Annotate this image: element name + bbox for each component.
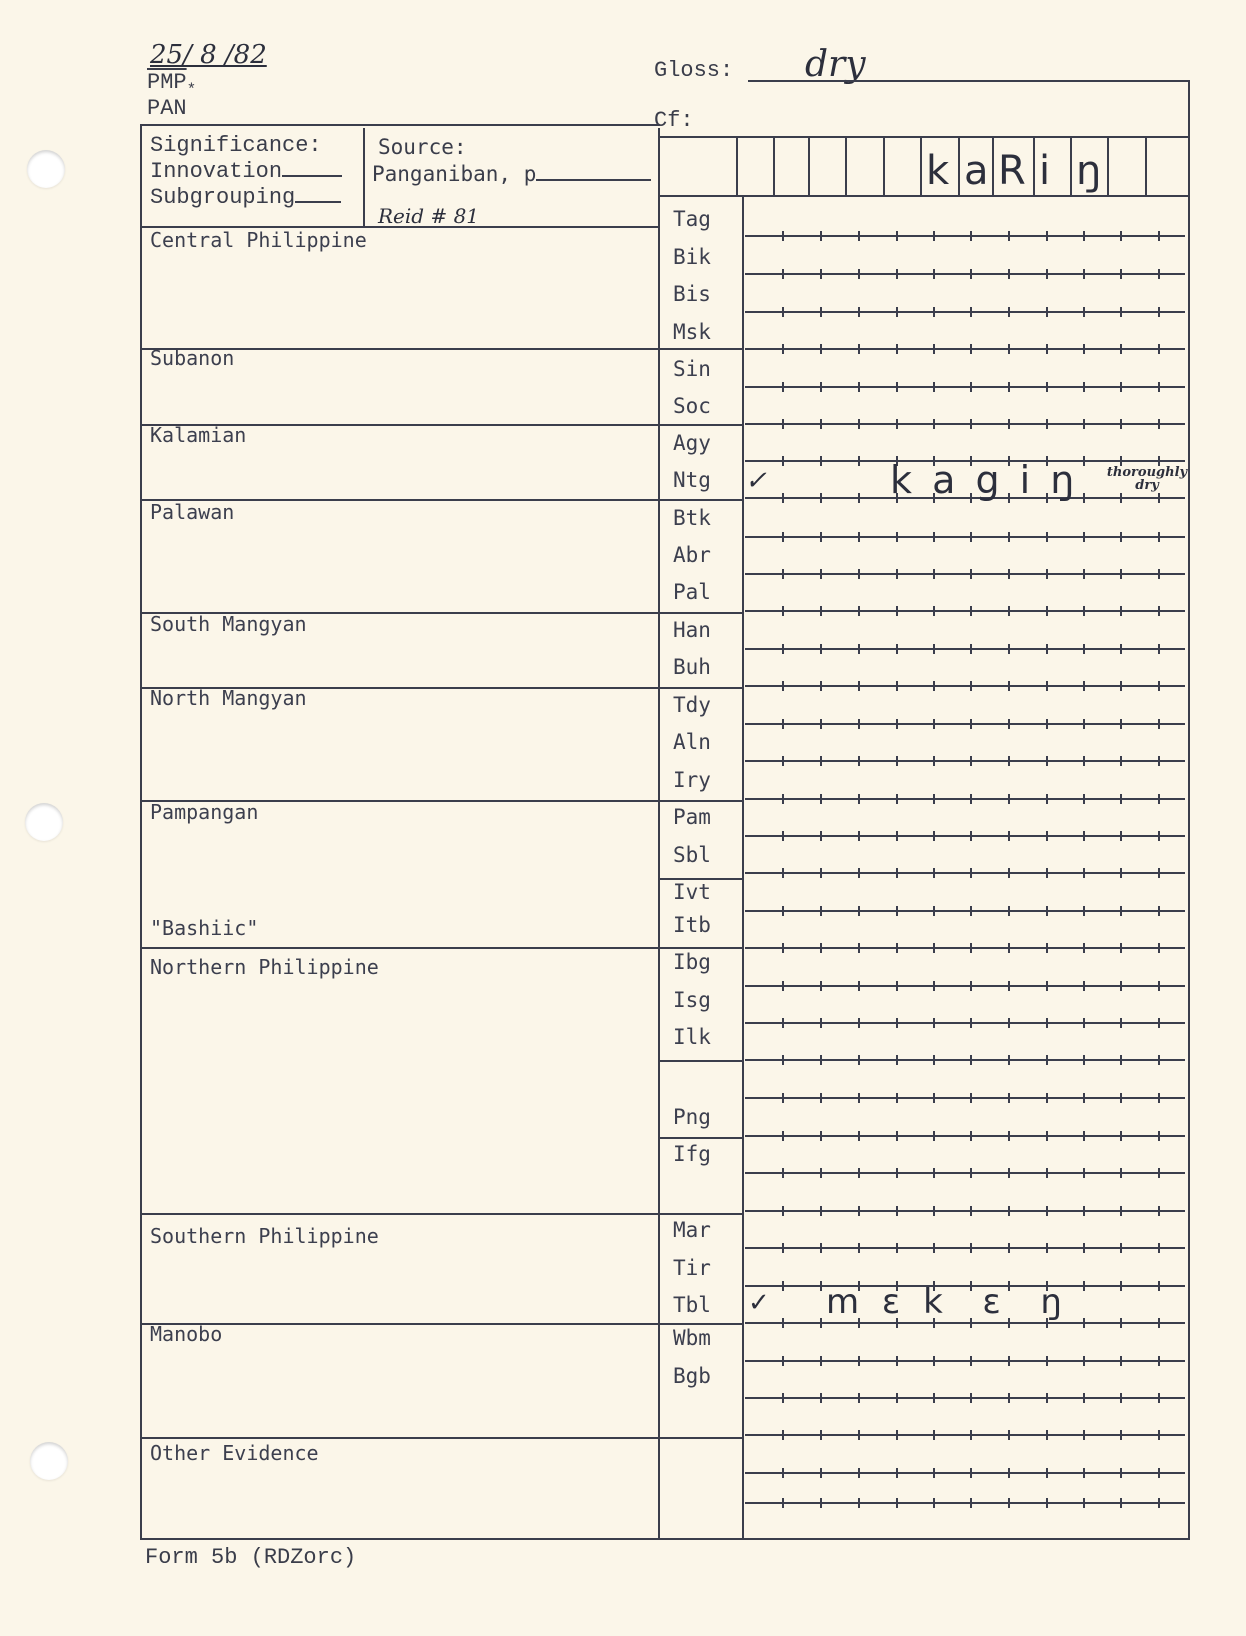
entry-line[interactable]	[745, 1022, 1185, 1024]
tick-mark	[896, 644, 898, 654]
tick-mark	[1008, 1206, 1010, 1216]
entry-line[interactable]	[745, 536, 1185, 538]
tick-mark	[970, 906, 972, 916]
ntg-form[interactable]: k a g i ŋ	[890, 458, 1078, 502]
tick-mark	[782, 1018, 784, 1028]
entry-line[interactable]	[745, 1502, 1185, 1504]
tick-mark	[1120, 1281, 1122, 1291]
tick-mark	[1158, 794, 1160, 804]
tick-mark	[782, 419, 784, 429]
tick-mark	[782, 269, 784, 279]
tick-mark	[1158, 1243, 1160, 1253]
tick-mark	[1046, 1356, 1048, 1366]
tick-mark	[933, 681, 935, 691]
tick-mark	[1158, 981, 1160, 991]
tick-mark	[1158, 1430, 1160, 1440]
tick-mark	[933, 1055, 935, 1065]
tick-mark	[1046, 269, 1048, 279]
tick-mark	[1008, 382, 1010, 392]
tick-mark	[858, 868, 860, 878]
tick-mark	[896, 569, 898, 579]
tick-mark	[1046, 1393, 1048, 1403]
reconstruction-cell-divider	[1107, 136, 1109, 195]
tick-mark	[1083, 307, 1085, 317]
tick-mark	[1120, 794, 1122, 804]
tick-mark	[1046, 794, 1048, 804]
tick-mark	[820, 269, 822, 279]
tick-mark	[933, 419, 935, 429]
tick-mark	[1158, 644, 1160, 654]
reconstruction-cell-divider	[736, 136, 738, 195]
tick-mark	[858, 906, 860, 916]
tick-mark	[1158, 1318, 1160, 1328]
tick-mark	[896, 231, 898, 241]
tick-mark	[933, 307, 935, 317]
tick-mark	[858, 382, 860, 392]
tick-mark	[970, 1243, 972, 1253]
tick-mark	[1083, 1018, 1085, 1028]
tick-mark	[970, 1131, 972, 1141]
group-label: "Bashiic"	[150, 916, 258, 940]
tick-mark	[1008, 1468, 1010, 1478]
tick-mark	[933, 1093, 935, 1103]
tick-mark	[896, 1498, 898, 1508]
tick-mark	[1008, 1243, 1010, 1253]
tick-mark	[782, 868, 784, 878]
entry-line[interactable]	[745, 1247, 1185, 1249]
tick-mark	[858, 794, 860, 804]
reconstruction-letter[interactable]: k	[926, 148, 949, 194]
reconstruction-letter[interactable]: a	[964, 148, 989, 194]
tick-mark	[896, 532, 898, 542]
tick-mark	[970, 419, 972, 429]
tick-mark	[1120, 1318, 1122, 1328]
tick-mark	[820, 493, 822, 503]
tick-mark	[858, 1168, 860, 1178]
entry-line[interactable]	[745, 910, 1185, 912]
tick-mark	[858, 831, 860, 841]
language-code: Tbl	[673, 1293, 711, 1317]
tick-mark	[820, 1168, 822, 1178]
entry-line[interactable]	[745, 872, 1185, 874]
entry-line[interactable]	[745, 573, 1185, 575]
language-code: Sbl	[673, 843, 711, 867]
tick-mark	[1120, 906, 1122, 916]
tick-mark	[970, 1393, 972, 1403]
tick-mark	[858, 1430, 860, 1440]
tick-mark	[970, 794, 972, 804]
entry-line[interactable]	[745, 1059, 1185, 1061]
tick-mark	[782, 493, 784, 503]
entry-line[interactable]	[745, 311, 1185, 313]
tick-mark	[1120, 1356, 1122, 1366]
language-divider	[658, 1137, 744, 1139]
tick-mark	[858, 231, 860, 241]
tick-mark	[820, 1055, 822, 1065]
tick-mark	[858, 493, 860, 503]
group-divider	[140, 612, 744, 614]
tbl-check[interactable]: ✓	[748, 1288, 770, 1318]
entry-line[interactable]	[745, 273, 1185, 275]
tick-mark	[933, 532, 935, 542]
tick-mark	[820, 943, 822, 953]
tick-mark	[896, 1243, 898, 1253]
tick-mark	[782, 681, 784, 691]
tick-mark	[1083, 681, 1085, 691]
tick-mark	[1120, 644, 1122, 654]
tick-mark	[896, 1356, 898, 1366]
tick-mark	[1120, 1093, 1122, 1103]
tick-mark	[782, 1243, 784, 1253]
entry-line[interactable]	[745, 723, 1185, 725]
tick-mark	[858, 1055, 860, 1065]
tick-mark	[1083, 1281, 1085, 1291]
entry-line[interactable]	[745, 947, 1185, 949]
tick-mark	[970, 719, 972, 729]
language-code: Mar	[673, 1218, 711, 1242]
language-code: Png	[673, 1105, 711, 1129]
tick-mark	[820, 231, 822, 241]
tick-mark	[896, 307, 898, 317]
tick-mark	[896, 719, 898, 729]
tick-mark	[1120, 532, 1122, 542]
tick-mark	[970, 831, 972, 841]
tick-mark	[933, 606, 935, 616]
tick-mark	[1046, 606, 1048, 616]
tick-mark	[933, 269, 935, 279]
tick-mark	[896, 1430, 898, 1440]
tick-mark	[970, 868, 972, 878]
tick-mark	[1008, 569, 1010, 579]
tick-mark	[970, 606, 972, 616]
source-text: Panganiban, p	[372, 162, 536, 186]
tick-mark	[1083, 532, 1085, 542]
tick-mark	[820, 1468, 822, 1478]
tick-mark	[1083, 569, 1085, 579]
tick-mark	[782, 831, 784, 841]
tick-mark	[1083, 1468, 1085, 1478]
tick-mark	[970, 231, 972, 241]
tick-mark	[782, 1168, 784, 1178]
gloss-value[interactable]: dry	[805, 44, 866, 85]
tick-mark	[933, 756, 935, 766]
entry-line[interactable]	[745, 610, 1185, 612]
group-label: Southern Philippine	[150, 1224, 379, 1248]
tick-mark	[1120, 1168, 1122, 1178]
tick-mark	[1008, 231, 1010, 241]
tick-mark	[820, 419, 822, 429]
tick-mark	[1158, 1498, 1160, 1508]
entry-line[interactable]	[745, 985, 1185, 987]
tick-mark	[1083, 1318, 1085, 1328]
entry-line[interactable]	[745, 1322, 1185, 1324]
tick-mark	[782, 382, 784, 392]
tick-mark	[1158, 831, 1160, 841]
tick-mark	[1120, 569, 1122, 579]
reconstruction-cell-divider	[1070, 136, 1072, 195]
tick-mark	[1120, 307, 1122, 317]
language-code: Bis	[673, 282, 711, 306]
tick-mark	[933, 1468, 935, 1478]
reconstruction-cell-divider	[1033, 136, 1035, 195]
tick-mark	[970, 532, 972, 542]
tick-mark	[858, 269, 860, 279]
tick-mark	[1120, 1131, 1122, 1141]
group-label: Manobo	[150, 1322, 222, 1346]
entry-line[interactable]	[745, 235, 1185, 237]
tick-mark	[1046, 419, 1048, 429]
tick-mark	[970, 307, 972, 317]
tick-mark	[858, 644, 860, 654]
tick-mark	[1120, 756, 1122, 766]
ntg-gloss[interactable]: thoroughly dry	[1102, 466, 1192, 492]
tick-mark	[896, 1055, 898, 1065]
tick-mark	[1120, 1055, 1122, 1065]
tick-mark	[1008, 1093, 1010, 1103]
entry-line[interactable]	[745, 1434, 1185, 1436]
language-code: Pal	[673, 580, 711, 604]
tick-mark	[933, 719, 935, 729]
language-code: Tir	[673, 1256, 711, 1280]
tick-mark	[933, 1430, 935, 1440]
entry-line[interactable]	[745, 1397, 1185, 1399]
tick-mark	[1120, 1430, 1122, 1440]
language-code: Sin	[673, 357, 711, 381]
tick-mark	[858, 1206, 860, 1216]
tick-mark	[1120, 269, 1122, 279]
tick-mark	[1120, 419, 1122, 429]
tick-mark	[1008, 681, 1010, 691]
tick-mark	[782, 981, 784, 991]
tick-mark	[1158, 382, 1160, 392]
tick-mark	[970, 344, 972, 354]
binder-hole-bottom	[30, 1442, 68, 1480]
tick-mark	[933, 1356, 935, 1366]
tick-mark	[1120, 493, 1122, 503]
tick-mark	[782, 1131, 784, 1141]
tick-mark	[896, 1168, 898, 1178]
tick-mark	[820, 681, 822, 691]
tick-mark	[1046, 868, 1048, 878]
reconstruction-letter[interactable]: i	[1039, 148, 1050, 194]
tick-mark	[1158, 269, 1160, 279]
tick-mark	[782, 1356, 784, 1366]
tick-mark	[1120, 1498, 1122, 1508]
ntg-check[interactable]: ✓	[745, 466, 767, 496]
source-note: Reid # 81	[378, 204, 479, 228]
entry-line[interactable]	[745, 1172, 1185, 1174]
tick-mark	[896, 831, 898, 841]
level-primary: PMP*	[147, 70, 196, 99]
tick-mark	[1158, 493, 1160, 503]
reconstruction-bottom	[660, 195, 1190, 197]
tick-mark	[1158, 1055, 1160, 1065]
group-divider	[140, 687, 744, 689]
tick-mark	[1083, 382, 1085, 392]
tick-mark	[820, 344, 822, 354]
language-code: Wbm	[673, 1326, 711, 1350]
tick-mark	[1008, 1055, 1010, 1065]
tick-mark	[970, 1018, 972, 1028]
group-divider	[140, 348, 744, 350]
tick-mark	[896, 1206, 898, 1216]
tick-mark	[782, 1498, 784, 1508]
reconstruction-cell-divider	[958, 136, 960, 195]
entry-line[interactable]	[745, 760, 1185, 762]
tick-mark	[896, 1468, 898, 1478]
tick-mark	[1120, 943, 1122, 953]
language-code: Btk	[673, 506, 711, 530]
tick-mark	[896, 269, 898, 279]
language-code: Ilk	[673, 1025, 711, 1049]
tick-mark	[896, 1393, 898, 1403]
entry-line[interactable]	[745, 1097, 1185, 1099]
tick-mark	[1008, 1131, 1010, 1141]
group-label: Palawan	[150, 500, 234, 524]
tick-mark	[933, 231, 935, 241]
subgrouping-text: Subgrouping	[150, 185, 295, 210]
subgrouping-label[interactable]: Subgrouping	[150, 185, 341, 210]
tick-mark	[1083, 1430, 1085, 1440]
language-code: Msk	[673, 320, 711, 344]
tick-mark	[933, 906, 935, 916]
tick-mark	[782, 644, 784, 654]
gloss-label: Gloss:	[654, 58, 733, 83]
entry-line[interactable]	[745, 798, 1185, 800]
entry-line[interactable]	[745, 1472, 1185, 1474]
tick-mark	[1046, 1498, 1048, 1508]
reconstruction-letter[interactable]: ŋ	[1076, 148, 1101, 194]
tick-mark	[1083, 493, 1085, 503]
tick-mark	[970, 1055, 972, 1065]
entry-line[interactable]	[745, 386, 1185, 388]
innovation-label[interactable]: Innovation	[150, 159, 342, 184]
tick-mark	[1008, 831, 1010, 841]
tick-mark	[1158, 906, 1160, 916]
tick-mark	[820, 719, 822, 729]
tick-mark	[1158, 231, 1160, 241]
tick-mark	[858, 569, 860, 579]
form-label: Form 5b (RDZorc)	[145, 1545, 356, 1570]
tick-mark	[858, 981, 860, 991]
tick-mark	[1120, 681, 1122, 691]
tick-mark	[820, 644, 822, 654]
tick-mark	[782, 794, 784, 804]
tick-mark	[933, 868, 935, 878]
tick-mark	[1008, 719, 1010, 729]
tick-mark	[1008, 532, 1010, 542]
tick-mark	[1083, 943, 1085, 953]
group-label: Northern Philippine	[150, 955, 379, 979]
tick-mark	[820, 1498, 822, 1508]
language-code: Aln	[673, 730, 711, 754]
tick-mark	[970, 1468, 972, 1478]
tick-mark	[782, 606, 784, 616]
tick-mark	[1083, 1356, 1085, 1366]
tick-mark	[1083, 831, 1085, 841]
tick-mark	[1083, 644, 1085, 654]
tick-mark	[1120, 231, 1122, 241]
entry-line[interactable]	[745, 423, 1185, 425]
entry-line[interactable]	[745, 1210, 1185, 1212]
reconstruction-letter[interactable]: R	[998, 148, 1026, 194]
tick-mark	[1008, 1168, 1010, 1178]
group-divider	[140, 947, 744, 949]
date: 25/ 8 /82	[150, 40, 267, 70]
tick-mark	[858, 1018, 860, 1028]
tick-mark	[782, 1468, 784, 1478]
source-title: Source:	[378, 135, 467, 159]
reconstruction-top	[660, 136, 1190, 138]
entry-line[interactable]	[745, 685, 1185, 687]
entry-line[interactable]	[745, 1538, 1185, 1540]
reconstruction-cell-divider	[1188, 136, 1190, 195]
language-code: Ivt	[673, 880, 711, 904]
language-code: Abr	[673, 543, 711, 567]
entry-line[interactable]	[745, 835, 1185, 837]
tick-mark	[1008, 981, 1010, 991]
language-code: Ifg	[673, 1142, 711, 1166]
entry-line[interactable]	[745, 348, 1185, 350]
tick-mark	[1046, 1206, 1048, 1216]
tick-mark	[1008, 1498, 1010, 1508]
tick-mark	[782, 1055, 784, 1065]
tick-mark	[1083, 606, 1085, 616]
language-code: Bgb	[673, 1364, 711, 1388]
binder-hole-middle	[25, 803, 63, 841]
tick-mark	[782, 943, 784, 953]
tick-mark	[1158, 1281, 1160, 1291]
language-code: Agy	[673, 431, 711, 455]
tick-mark	[1083, 794, 1085, 804]
tick-mark	[1046, 943, 1048, 953]
entry-line[interactable]	[745, 1135, 1185, 1137]
tick-mark	[1046, 1430, 1048, 1440]
tick-mark	[1083, 756, 1085, 766]
tick-mark	[1046, 1468, 1048, 1478]
tick-mark	[1158, 419, 1160, 429]
tick-mark	[970, 269, 972, 279]
group-divider	[140, 499, 744, 501]
tick-mark	[858, 1393, 860, 1403]
tick-mark	[1008, 794, 1010, 804]
source-value[interactable]: Panganiban, p	[372, 162, 651, 186]
tick-mark	[1083, 1055, 1085, 1065]
tick-mark	[1046, 1093, 1048, 1103]
tick-mark	[820, 831, 822, 841]
tbl-form[interactable]: m ɛ k ɛ ŋ	[826, 1282, 1068, 1322]
tick-mark	[820, 532, 822, 542]
tick-mark	[933, 943, 935, 953]
tick-mark	[820, 456, 822, 466]
tick-mark	[1158, 532, 1160, 542]
tick-mark	[896, 344, 898, 354]
tick-mark	[1083, 419, 1085, 429]
tick-mark	[782, 719, 784, 729]
entry-line[interactable]	[745, 648, 1185, 650]
reconstruction-cell-divider	[773, 136, 775, 195]
tick-mark	[1158, 1393, 1160, 1403]
group-label: Other Evidence	[150, 1441, 319, 1465]
tick-mark	[782, 1318, 784, 1328]
frame-top	[748, 80, 1190, 82]
innovation-text: Innovation	[150, 159, 282, 184]
tick-mark	[933, 569, 935, 579]
group-divider	[140, 1323, 744, 1325]
entry-line[interactable]	[745, 1360, 1185, 1362]
tick-mark	[820, 1393, 822, 1403]
reconstruction-cell-divider	[808, 136, 810, 195]
